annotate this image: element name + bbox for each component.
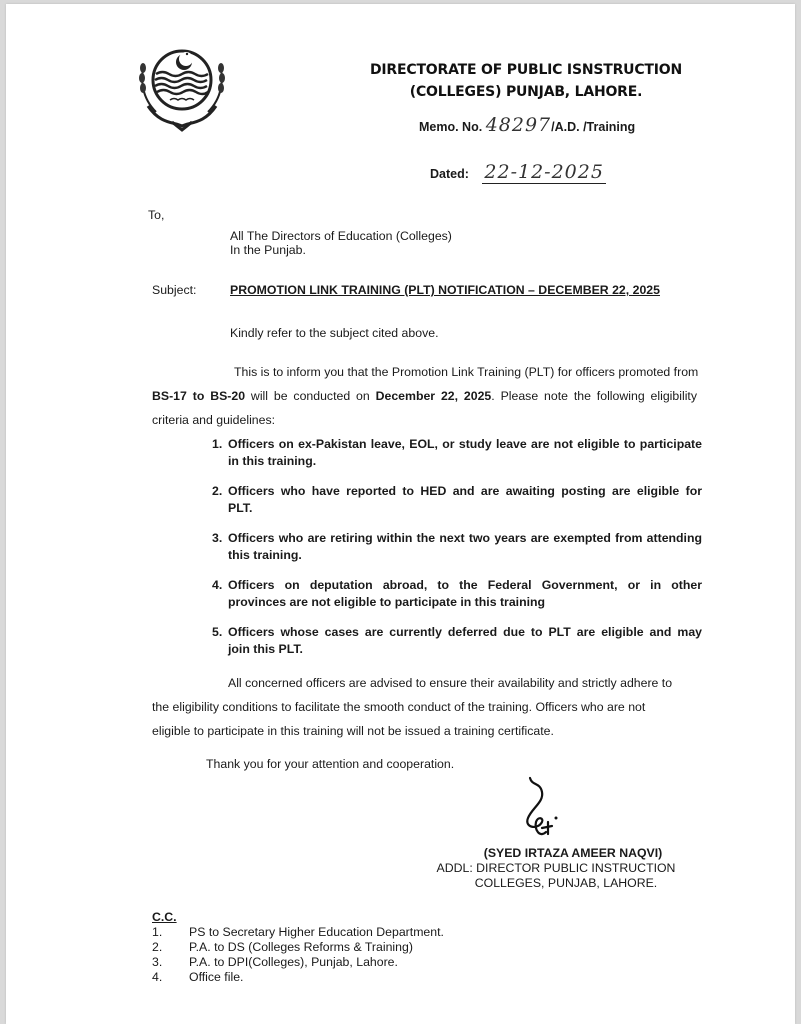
para2-line3: eligible to participate in this training… <box>152 724 554 738</box>
criteria-line2: join this PLT. <box>228 641 303 658</box>
criteria-line1: Officers who are retiring within the nex… <box>228 530 702 547</box>
subject-text: PROMOTION LINK TRAINING (PLT) NOTIFICATI… <box>230 282 660 298</box>
dated-field: Dated: 22-12-2025 <box>430 161 606 183</box>
signatory-block: (SYED IRTAZA AMEER NAQVI) ADDL: DIRECTOR… <box>406 846 706 891</box>
addressee-line2: In the Punjab. <box>230 242 306 258</box>
para1-line3: criteria and guidelines: <box>152 413 275 427</box>
criteria-line2: this training. <box>228 547 302 564</box>
memo-label: Memo. No. <box>419 120 482 134</box>
cc-number: 4. <box>152 970 162 984</box>
subject-label: Subject: <box>152 282 196 298</box>
signatory-name: (SYED IRTAZA AMEER NAQVI) <box>406 846 706 861</box>
criteria-number: 2. <box>212 483 222 500</box>
para1-line1: This is to inform you that the Promotion… <box>234 365 697 379</box>
signatory-title2: COLLEGES, PUNJAB, LAHORE. <box>406 876 706 891</box>
criteria-number: 5. <box>212 624 222 641</box>
cc-number: 3. <box>152 955 162 969</box>
to-label: To, <box>148 207 164 223</box>
signatory-title1: ADDL: DIRECTOR PUBLIC INSTRUCTION <box>406 861 706 876</box>
memo-number-handwritten: 48297 <box>486 114 551 136</box>
criteria-line1: Officers on ex-Pakistan leave, EOL, or s… <box>228 436 702 453</box>
signature-mark <box>512 772 572 842</box>
org-name-line2: (COLLEGES) PUNJAB, LAHORE. <box>336 84 716 100</box>
criteria-line1: Officers who have reported to HED and ar… <box>228 483 702 500</box>
para1-line2: BS-17 to BS-20 will be conducted on Dece… <box>152 389 697 403</box>
cc-text: P.A. to DPI(Colleges), Punjab, Lahore. <box>189 955 398 969</box>
org-name-line1: DIRECTORATE OF PUBLIC ISNSTRUCTION <box>336 62 716 78</box>
para2-line2: the eligibility conditions to facilitate… <box>152 700 645 714</box>
punjab-emblem-logo <box>134 40 230 132</box>
criteria-line2: in this training. <box>228 453 316 470</box>
closing-text: Thank you for your attention and coopera… <box>206 756 454 772</box>
criteria-number: 4. <box>212 577 222 594</box>
cc-text: P.A. to DS (Colleges Reforms & Training) <box>189 940 413 954</box>
dated-value-handwritten: 22-12-2025 <box>482 161 606 184</box>
criteria-line1: Officers on deputation abroad, to the Fe… <box>228 577 702 594</box>
criteria-line1: Officers whose cases are currently defer… <box>228 624 702 641</box>
memo-number: Memo. No. 48297/A.D. /Training <box>419 114 635 136</box>
cc-text: PS to Secretary Higher Education Departm… <box>189 925 444 939</box>
criteria-line2: PLT. <box>228 500 252 517</box>
dated-label: Dated: <box>430 167 469 181</box>
cc-title: C.C. <box>152 910 177 924</box>
memo-suffix: /A.D. /Training <box>551 120 635 134</box>
paragraph-2: All concerned officers are advised to en… <box>152 676 697 746</box>
criteria-number: 3. <box>212 530 222 547</box>
cc-text: Office file. <box>189 970 243 984</box>
cc-number: 1. <box>152 925 162 939</box>
criteria-line2: provinces are not eligible to participat… <box>228 594 545 611</box>
document-page: DIRECTORATE OF PUBLIC ISNSTRUCTION (COLL… <box>6 4 795 1024</box>
criteria-number: 1. <box>212 436 222 453</box>
para2-line1: All concerned officers are advised to en… <box>228 676 672 690</box>
intro-text: Kindly refer to the subject cited above. <box>230 325 438 341</box>
paragraph-1: This is to inform you that the Promotion… <box>152 365 697 435</box>
cc-number: 2. <box>152 940 162 954</box>
